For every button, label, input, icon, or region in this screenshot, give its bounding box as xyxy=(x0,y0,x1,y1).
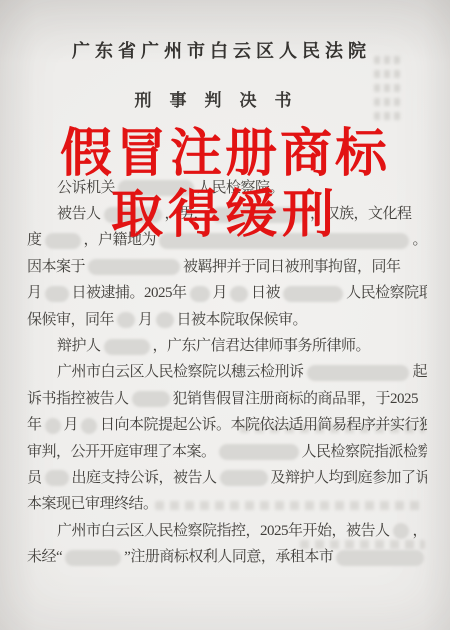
body-text: ， xyxy=(412,524,427,539)
document-line: 因本案于被羁押并于同日被刑事拘留，同年 xyxy=(27,254,427,280)
document-line: 广州市白云区人民检察院以穗云检刑诉起 xyxy=(27,360,427,386)
body-text: 辩护人 xyxy=(57,339,101,354)
body-text: 未经“ xyxy=(27,550,62,565)
redaction-blob xyxy=(219,444,299,460)
overlay-stamp-line-2: 取得缓刑 xyxy=(0,189,450,241)
body-text: 广州市白云区人民检察院指控，2025年开始，被告人 xyxy=(57,524,390,539)
body-text: 犯销售假冒注册商标的商品罪，于2025 xyxy=(173,392,419,407)
redaction-blob xyxy=(393,523,410,539)
body-text: 日被 xyxy=(251,286,280,301)
redaction-blob xyxy=(45,418,61,434)
document-line: 本案现已审理终结。 xyxy=(27,492,427,518)
document-line: 员出庭支持公诉，被告人及辩护人均到庭参加了诉讼。 xyxy=(27,465,427,491)
body-text: 本案现已审理终结。 xyxy=(27,497,158,512)
redaction-blob xyxy=(104,339,150,355)
body-text: ”注册商标权利人同意，承租本市 xyxy=(124,550,333,565)
document-line: 月日被逮捕。2025年月日被人民检察院取 xyxy=(27,281,427,307)
body-text: ，广东广信君达律师事务所律师。 xyxy=(153,339,371,354)
document-photo: 广东省广州市白云区人民法院 刑事判决书 假冒注册商标 取得缓刑 公诉机关人民检察… xyxy=(0,0,450,630)
redaction-blob xyxy=(230,286,248,302)
body-text: 保候审，同年 xyxy=(27,313,114,328)
redaction-blob xyxy=(283,286,343,302)
body-text: 人民检察院取 xyxy=(346,286,427,301)
bleed-through-marks-top-right xyxy=(374,50,400,126)
redaction-blob xyxy=(220,470,268,486)
redaction-blob xyxy=(336,550,424,566)
redaction-blob xyxy=(81,418,97,434)
body-text: 因本案于 xyxy=(27,260,85,275)
body-text: 日被逮捕。2025年 xyxy=(72,286,187,301)
body-text: 起 xyxy=(412,365,427,380)
document-title: 刑事判决书 xyxy=(0,86,438,111)
redaction-blob xyxy=(156,312,174,328)
document-line: 年月日向本院提起公诉。本院依法适用简易程序并实行独任 xyxy=(27,413,427,439)
body-text: 诉书指控被告人 xyxy=(27,392,129,407)
redaction-blob xyxy=(45,470,69,486)
body-text: 及辩护人均到庭参加了诉讼。 xyxy=(271,471,427,486)
body-text: 月 xyxy=(64,418,79,433)
body-text: 员 xyxy=(27,471,42,486)
document-line: 保候审，同年月日被本院取保候审。 xyxy=(27,307,427,333)
document-line: 辩护人，广东广信君达律师事务所律师。 xyxy=(27,333,427,359)
redaction-blob xyxy=(190,286,210,302)
body-text: 日被本院取保候审。 xyxy=(177,313,308,328)
body-text: 月 xyxy=(213,286,228,301)
body-text: 广州市白云区人民检察院以穗云检刑诉 xyxy=(57,365,304,380)
document-line: 未经“”注册商标权利人同意，承租本市 xyxy=(27,544,427,570)
redaction-blob xyxy=(65,550,121,566)
redaction-blob xyxy=(45,286,69,302)
document-line: 审判，公开开庭审理了本案。人民检察院指派检察 xyxy=(27,439,427,465)
redaction-blob xyxy=(307,365,410,381)
document-line: 诉书指控被告人犯销售假冒注册商标的商品罪，于2025 xyxy=(27,386,427,412)
document-line: 广州市白云区人民检察院指控，2025年开始，被告人， xyxy=(27,518,427,544)
body-text: 月 xyxy=(27,286,42,301)
body-text: 年 xyxy=(27,418,42,433)
body-text: 日向本院提起公诉。本院依法适用简易程序并实行独任 xyxy=(100,418,427,433)
redaction-blob xyxy=(117,312,135,328)
body-text: 审判，公开开庭审理了本案。 xyxy=(27,445,216,460)
body-text: 月 xyxy=(138,313,153,328)
overlay-stamp-line-1: 假冒注册商标 xyxy=(0,128,450,180)
redaction-blob xyxy=(88,259,180,275)
redaction-blob xyxy=(132,391,170,407)
body-text: 出庭支持公诉，被告人 xyxy=(72,471,217,486)
body-text: 人民检察院指派检察 xyxy=(302,445,427,460)
body-text: 被羁押并于同日被刑事拘留，同年 xyxy=(183,260,401,275)
